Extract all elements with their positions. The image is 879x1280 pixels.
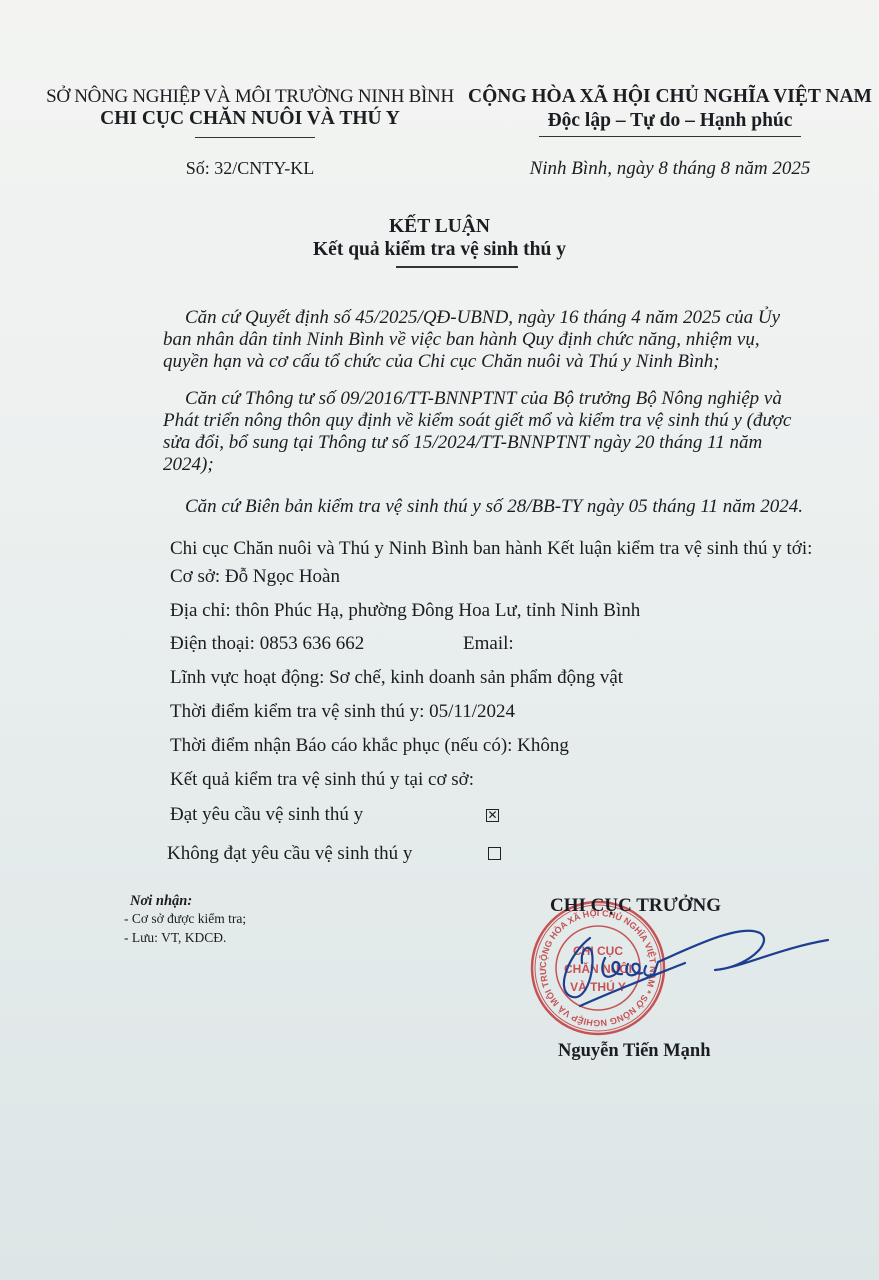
facility-field: Cơ sở: Đỗ Ngọc Hoàn (170, 566, 340, 588)
legal-basis-paragraph: Căn cứ Thông tư số 09/2016/TT-BNNPTNT củ… (163, 388, 803, 476)
place-and-date: Ninh Bình, ngày 8 tháng 8 năm 2025 (460, 158, 879, 180)
issue-statement: Chi cục Chăn nuôi và Thú y Ninh Bình ban… (170, 538, 812, 560)
pass-checkbox: ✕ (486, 809, 499, 822)
email-field: Email: (463, 633, 514, 655)
document-number: Số: 32/CNTY-KL (40, 158, 460, 179)
fail-checkbox (488, 847, 501, 860)
inspection-date-field: Thời điểm kiểm tra vệ sinh thú y: 05/11/… (170, 701, 515, 723)
recipients-title: Nơi nhận: (130, 893, 192, 910)
result-fail-label: Không đạt yêu cầu vệ sinh thú y (167, 843, 412, 865)
legal-basis-paragraph: Căn cứ Biên bản kiểm tra vệ sinh thú y s… (163, 496, 803, 518)
phone-field: Điện thoại: 0853 636 662 (170, 633, 364, 655)
result-pass-label: Đạt yêu cầu vệ sinh thú y (170, 804, 363, 826)
recipient-item: - Lưu: VT, KDCĐ. (124, 930, 226, 946)
result-heading: Kết quả kiểm tra vệ sinh thú y tại cơ sở… (170, 769, 474, 791)
parent-agency: SỞ NÔNG NGHIỆP VÀ MÔI TRƯỜNG NINH BÌNH (40, 86, 460, 108)
motto-underline (539, 136, 801, 137)
legal-basis-paragraph: Căn cứ Quyết định số 45/2025/QĐ-UBND, ng… (163, 307, 803, 373)
signer-name: Nguyễn Tiến Mạnh (558, 1041, 711, 1062)
issuing-agency: CHI CỤC CHĂN NUÔI VÀ THÚ Y (40, 108, 460, 130)
signer-title: CHI CỤC TRƯỞNG (550, 895, 721, 917)
remediation-report-field: Thời điểm nhận Báo cáo khắc phục (nếu có… (170, 735, 569, 757)
national-motto: Độc lập – Tự do – Hạnh phúc (460, 110, 879, 132)
document-subtitle: Kết quả kiểm tra vệ sinh thú y (0, 239, 879, 261)
agency-underline (195, 137, 315, 138)
recipient-item: - Cơ sở được kiểm tra; (124, 911, 246, 927)
national-title: CỘNG HÒA XÃ HỘI CHỦ NGHĨA VIỆT NAM (460, 86, 879, 108)
address-field: Địa chỉ: thôn Phúc Hạ, phường Đông Hoa L… (170, 600, 640, 622)
business-field: Lĩnh vực hoạt động: Sơ chế, kinh doanh s… (170, 667, 623, 689)
document-title: KẾT LUẬN (0, 216, 879, 238)
title-underline (396, 266, 518, 268)
handwritten-signature-icon (550, 918, 840, 1008)
